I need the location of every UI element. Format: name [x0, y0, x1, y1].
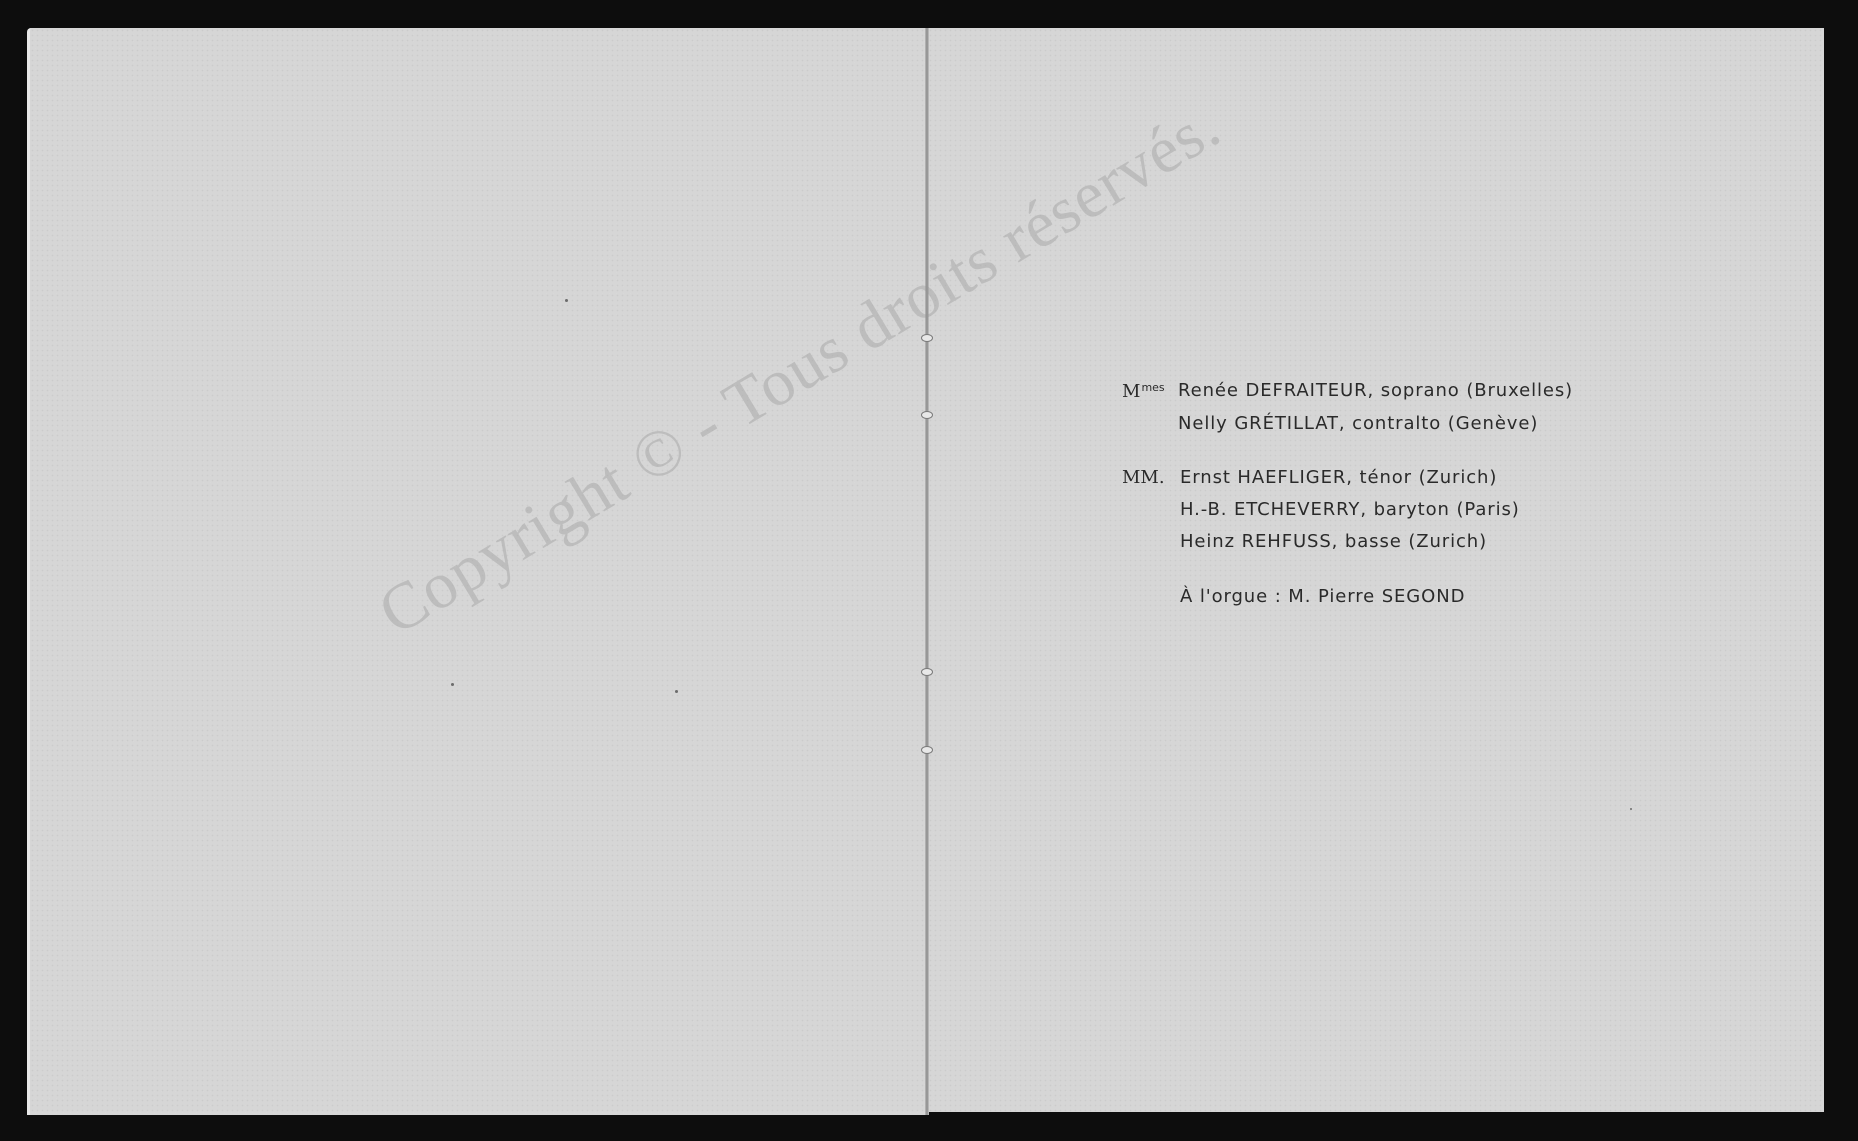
women-prefix-base: M: [1122, 381, 1140, 402]
paper-speck: [1630, 808, 1632, 810]
women-prefix: Mmes: [1122, 382, 1165, 401]
performer-line: H.-B. ETCHEVERRY, baryton (Paris): [1180, 501, 1520, 519]
paper-speck: [451, 683, 454, 686]
organist-line: À l'orgue : M. Pierre SEGOND: [1180, 588, 1465, 606]
men-prefix: MM.: [1122, 469, 1165, 487]
women-prefix-superscript: mes: [1141, 381, 1164, 394]
book-spine: [925, 28, 929, 1115]
performer-line: Ernst HAEFLIGER, ténor (Zurich): [1180, 469, 1497, 487]
performer-line: Nelly GRÉTILLAT, contralto (Genève): [1178, 415, 1538, 433]
paper-speck: [565, 299, 568, 302]
performer-line: Heinz REHFUSS, basse (Zurich): [1180, 533, 1487, 551]
performer-line: Renée DEFRAITEUR, soprano (Bruxelles): [1178, 382, 1573, 400]
paper-speck: [675, 690, 678, 693]
stitch-icon: [921, 746, 933, 754]
stitch-icon: [921, 411, 933, 419]
stitch-icon: [921, 668, 933, 676]
